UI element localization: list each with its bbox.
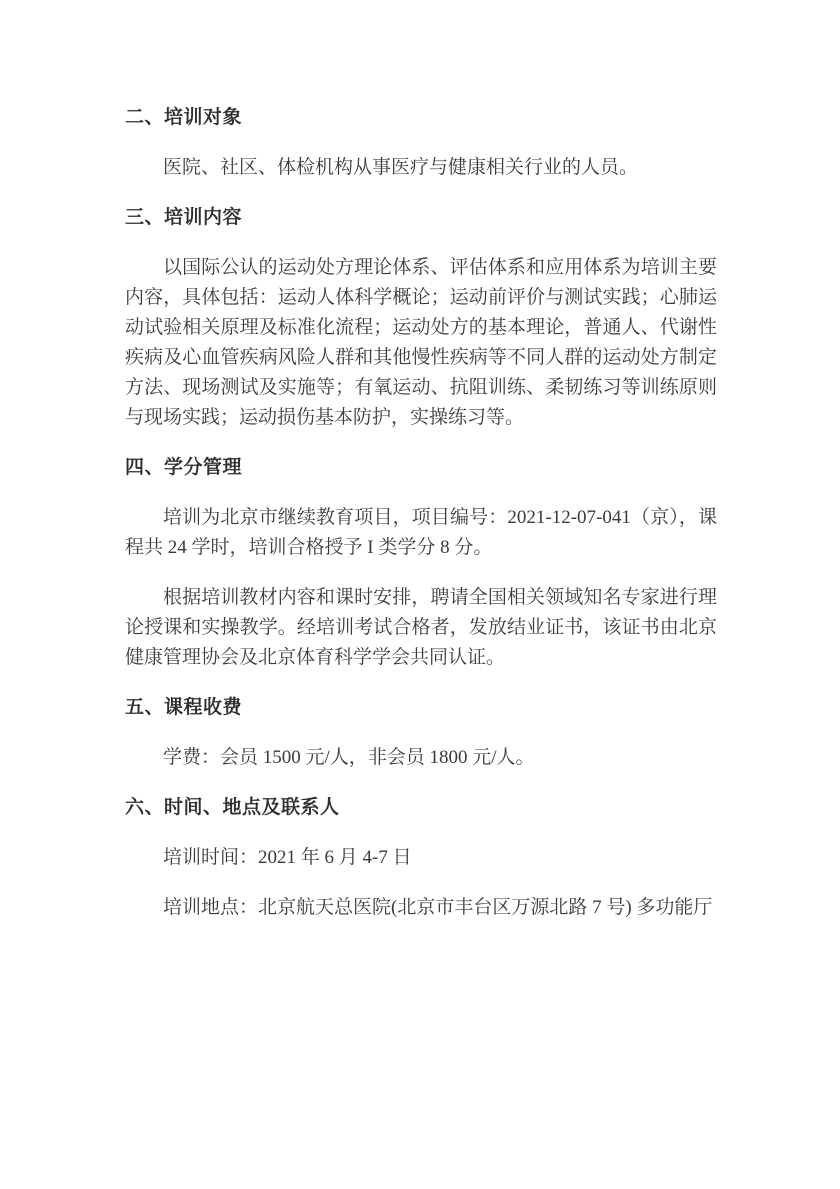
section-heading-credit-management: 四、学分管理	[125, 453, 717, 483]
section-heading-course-fee: 五、课程收费	[125, 693, 717, 723]
section-heading-time-location-contact: 六、时间、地点及联系人	[125, 793, 717, 823]
paragraph-tuition-fee: 学费：会员 1500 元/人，非会员 1800 元/人。	[125, 743, 717, 773]
paragraph-credit-project-number: 培训为北京市继续教育项目，项目编号：2021-12-07-041（京），课程共 …	[125, 503, 717, 563]
paragraph-training-location: 培训地点：北京航天总医院(北京市丰台区万源北路 7 号) 多功能厅	[125, 893, 717, 923]
section-heading-training-target: 二、培训对象	[125, 103, 717, 133]
section-heading-training-content: 三、培训内容	[125, 203, 717, 233]
paragraph-certificate-info: 根据培训教材内容和课时安排，聘请全国相关领域知名专家进行理论授课和实操教学。经培…	[125, 583, 717, 673]
document-page: 二、培训对象 医院、社区、体检机构从事医疗与健康相关行业的人员。 三、培训内容 …	[0, 0, 840, 1189]
paragraph-training-content: 以国际公认的运动处方理论体系、评估体系和应用体系为培训主要内容，具体包括：运动人…	[125, 253, 717, 433]
paragraph-training-target: 医院、社区、体检机构从事医疗与健康相关行业的人员。	[125, 153, 717, 183]
paragraph-training-time: 培训时间：2021 年 6 月 4-7 日	[125, 843, 717, 873]
